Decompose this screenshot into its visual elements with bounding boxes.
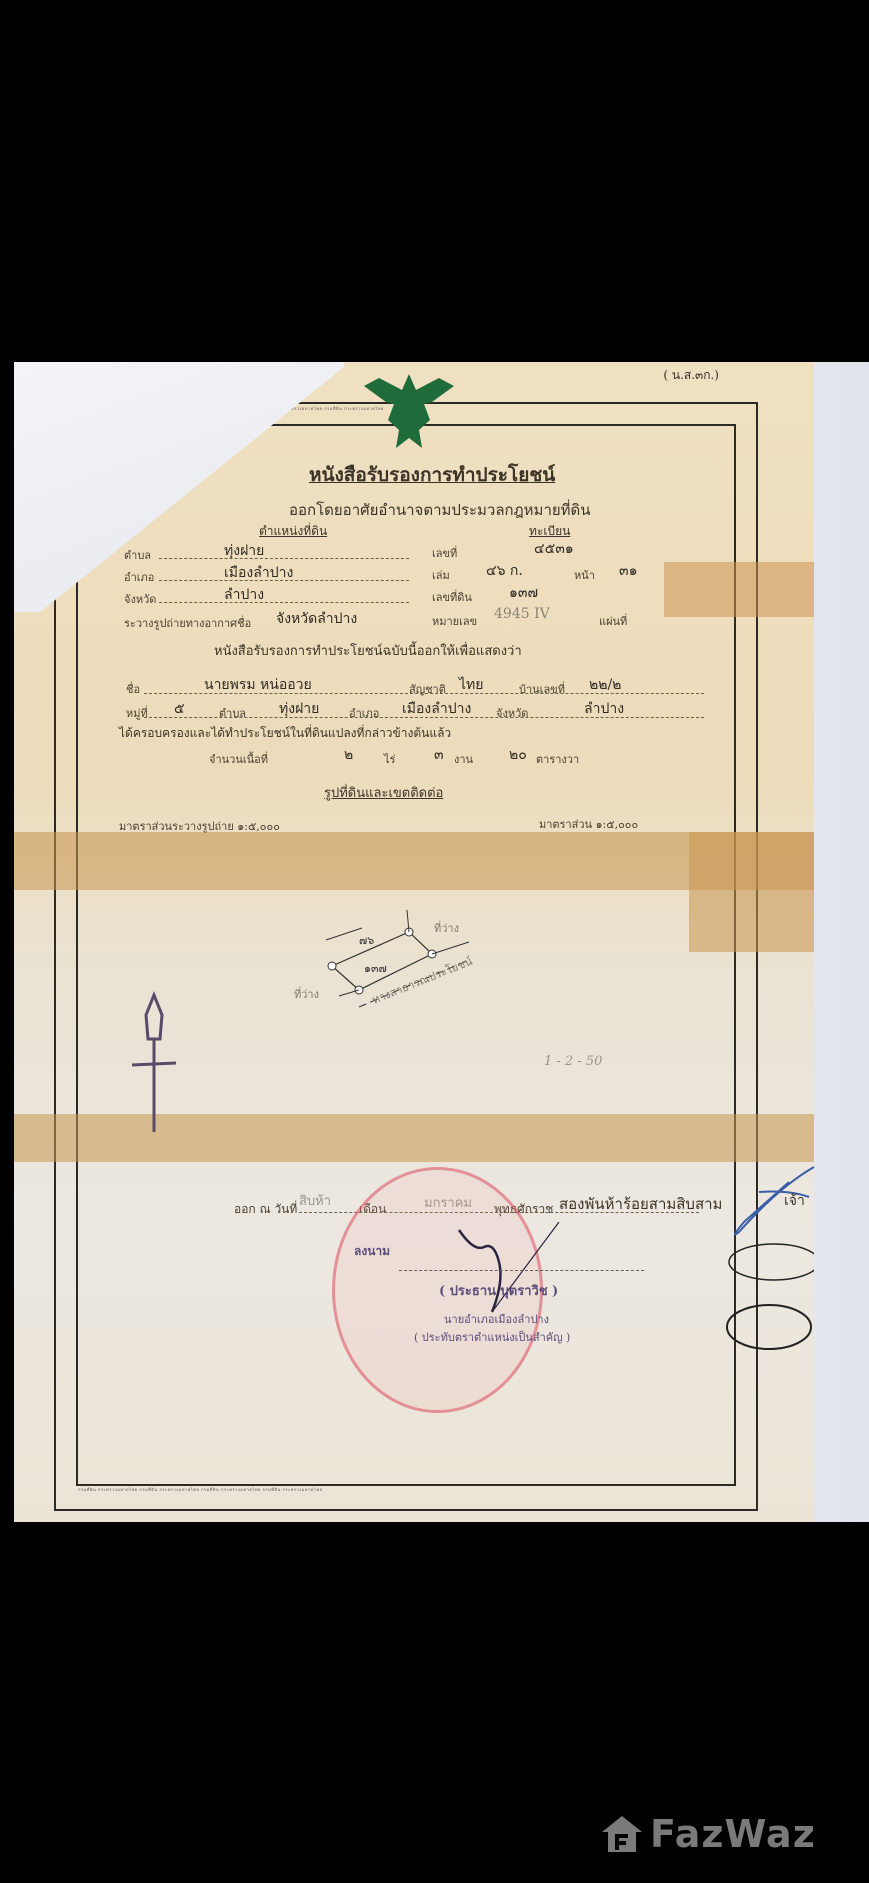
location-heading: ตำแหน่งที่ดิน [259, 522, 327, 541]
dotted-line [159, 558, 409, 559]
reg-number-label: เลขที่ [432, 544, 457, 562]
document-title: หนังสือรับรองการทำประโยชน์ [309, 460, 555, 490]
black-signature-icon [714, 1232, 814, 1382]
province2-label: จังหวัด [496, 704, 528, 722]
house-no-label: บ้านเลขที่ [519, 680, 565, 698]
ngan-unit: งาน [454, 750, 473, 768]
dotted-line [399, 1270, 644, 1271]
book-label: เล่ม [432, 566, 450, 584]
document-photo: กรมที่ดิน กระทรวงมหาดไทย กรมที่ดิน กระทร… [14, 362, 869, 1522]
svg-text:๑๓๗: ๑๓๗ [364, 962, 387, 975]
nationality-label: สัญชาติ [409, 680, 446, 698]
handwritten-note: 1 - 2 - 50 [544, 1054, 602, 1069]
dotted-line [159, 580, 409, 581]
svg-text:ที่ว่าง: ที่ว่าง [434, 920, 459, 935]
dotted-line [159, 602, 409, 603]
map-number-value: 4945 IV [494, 606, 550, 622]
amphoe2-label: อำเภอ [349, 704, 379, 722]
certify-line: หนังสือรับรองการทำประโยชน์ฉบับนี้ออกให้เ… [214, 640, 522, 661]
aerial-sheet-label: ระวางรูปถ่ายทางอากาศชื่อ [124, 614, 251, 632]
form-code: ( น.ส.๓ก.) [663, 366, 719, 385]
province-label: จังหวัด [124, 590, 156, 608]
sheet-label: แผ่นที่ [599, 612, 627, 630]
map-heading: รูปที่ดินและเขตติดต่อ [324, 782, 443, 803]
book-value: ๔๖ ก. [486, 560, 523, 582]
land-number-label: เลขที่ดิน [432, 588, 472, 606]
land-number-value: ๑๓๗ [509, 582, 538, 604]
issue-prefix: ออก ณ วันที่ [234, 1200, 297, 1219]
owner-name-label: ชื่อ [126, 680, 140, 698]
area-wa: ๒๐ [509, 744, 527, 766]
wa-unit: ตารางวา [536, 750, 579, 768]
north-arrow-icon [124, 987, 184, 1137]
map-number-label: หมายเลข [432, 612, 477, 630]
svg-text:๗๖: ๗๖ [359, 934, 374, 947]
signatory-position: นายอำเภอเมืองลำปาง [444, 1310, 549, 1328]
tambon2-label: ตำบล [219, 704, 246, 722]
area-ngan: ๓ [434, 744, 444, 766]
stamp-note: ( ประทับตราตำแหน่งเป็นสำคัญ ) [414, 1328, 570, 1346]
reg-number-value: ๔๕๓๑ [534, 538, 574, 560]
svg-text:ที่ว่าง: ที่ว่าง [294, 986, 319, 1001]
rai-unit: ไร่ [384, 750, 395, 768]
page-label: หน้า [574, 566, 595, 584]
house-logo-icon [600, 1814, 644, 1854]
garuda-emblem-icon [344, 372, 474, 452]
scale: มาตราส่วน ๑:๕,๐๐๐ [539, 815, 638, 833]
fazwaz-watermark: FazWaz [600, 1812, 816, 1856]
area-rai: ๒ [344, 744, 353, 766]
dotted-line [144, 717, 704, 718]
side-text: เจ้า [784, 1190, 805, 1212]
plot-diagram: ๗๖ ๑๓๗ ที่ว่าง ที่ว่าง ทางสาธารณประโยชน์ [264, 892, 564, 1012]
signed-label: ลงนาม [354, 1242, 390, 1261]
signatory-name: ( ประธาน บุตราวิช ) [439, 1280, 558, 1301]
aerial-sheet-value: จังหวัดลำปาง [276, 608, 357, 630]
issue-day: สิบห้า [299, 1190, 331, 1211]
tape-strip [664, 562, 814, 617]
dotted-line [144, 693, 704, 694]
tambon-label: ตำบล [124, 546, 151, 564]
document-subtitle: ออกโดยอาศัยอำนาจตามประมวลกฎหมายที่ดิน [289, 498, 591, 522]
brand-name: FazWaz [650, 1812, 816, 1856]
possession-line: ได้ครอบครองและได้ทำประโยชน์ในที่ดินแปลงท… [119, 724, 451, 743]
tape-strip [689, 832, 814, 952]
area-label: จำนวนเนื้อที่ [209, 750, 268, 768]
moo-label: หมู่ที่ [126, 704, 148, 722]
page-value: ๓๑ [619, 560, 637, 582]
amphoe-label: อำเภอ [124, 568, 154, 586]
microtext-border-bottom: กรมที่ดิน กระทรวงมหาดไทย กรมที่ดิน กระทร… [78, 1486, 728, 1502]
